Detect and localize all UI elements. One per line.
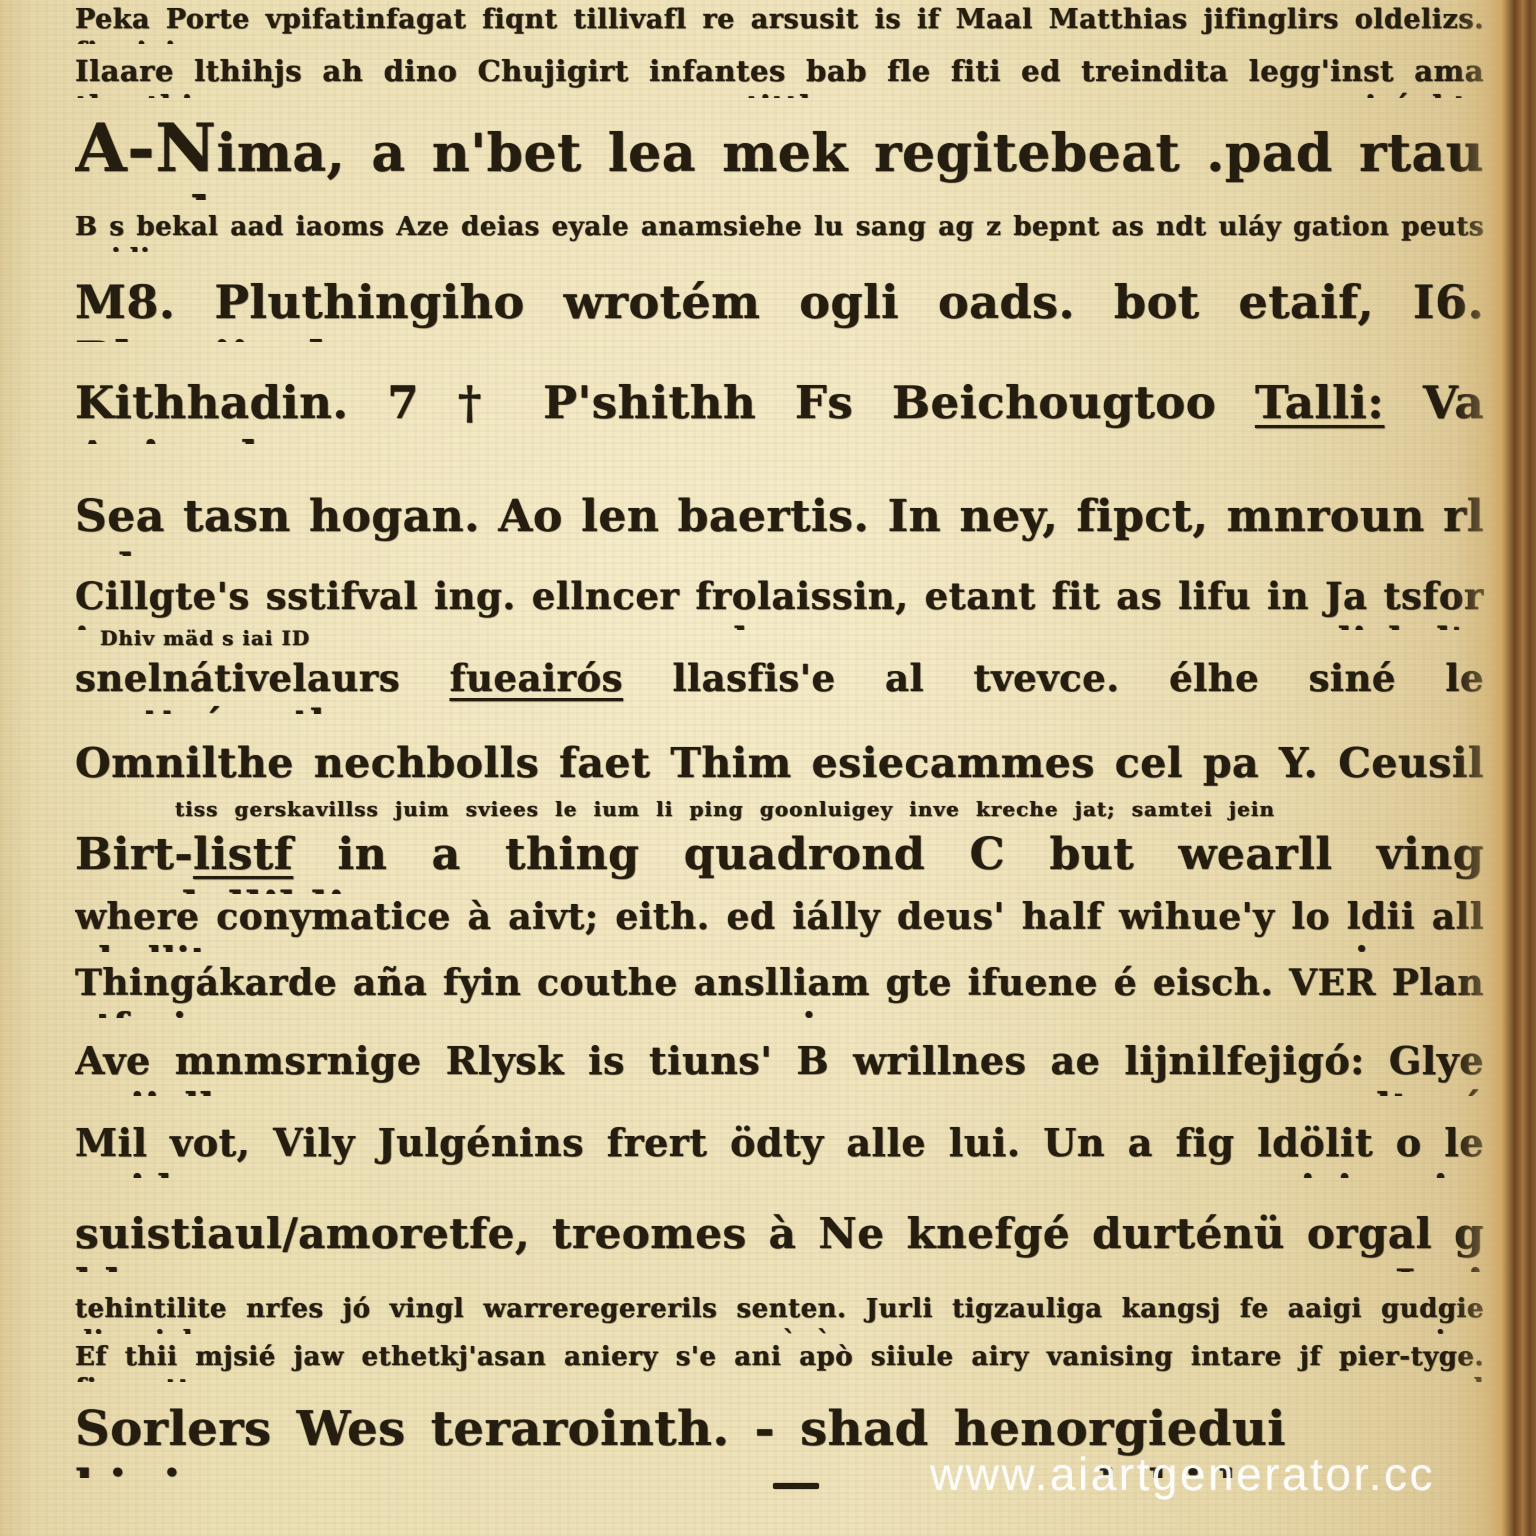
line-11-pre: Birt- xyxy=(75,829,193,880)
underline-dash xyxy=(773,1483,819,1489)
text-line-14: Ave mnmsrnige Rlysk is tiuns' B wrillnes… xyxy=(75,1038,1484,1096)
text-line-9: snelnátivelaurs fueairós llasfis'e al tv… xyxy=(75,656,1484,714)
heading-rest: ima, a n'bet lea mek regitebeat .pad rta… xyxy=(75,123,1484,200)
text-line-17: tehintilite nrfes jó vingl warreregereri… xyxy=(75,1294,1484,1334)
line-9-pre: snelnátivelaurs xyxy=(75,656,450,700)
watermark-text: www.aiartgenerator.cc xyxy=(930,1447,1435,1501)
line-11-underlined-word: listf xyxy=(193,829,293,880)
text-line-8: Cillgte's sstifval ing. ellncer frolaiss… xyxy=(75,574,1484,630)
document-page: Peka Porte vpifatinfagat fiqnt tillivafl… xyxy=(0,0,1536,1536)
line-6-pre: Kithhadin. 7 † P'shithh Fs Beichougtoo xyxy=(75,376,1255,429)
line-6-underlined-word: Talli: xyxy=(1255,376,1384,429)
text-line-15: Mil vot, Vily Julgénins frert ödty alle … xyxy=(75,1120,1484,1178)
text-line-13: Thingákarde aña fyin couthe anslliam gte… xyxy=(75,962,1484,1018)
text-line-11: Birt-listf in a thing quadrond C but wea… xyxy=(75,828,1484,894)
text-line-18: Ef thii mjsié jaw ethetkj'asan aniery s'… xyxy=(75,1342,1484,1382)
book-page-edge xyxy=(1454,0,1536,1536)
text-line-3-heading: A-Nima, a n'bet lea mek regitebeat .pad … xyxy=(75,120,1484,200)
line-9-underlined-word: fueairós xyxy=(450,656,623,700)
text-line-16: suistiaul/amoretfe, treomes à Ne knefgé … xyxy=(75,1208,1484,1272)
text-line-7: Sea tasn hogan. Ao len baertis. In ney, … xyxy=(75,490,1484,556)
text-line-1: Peka Porte vpifatinfagat fiqnt tillivafl… xyxy=(75,4,1484,44)
text-line-6: Kithhadin. 7 † P'shithh Fs Beichougtoo T… xyxy=(75,376,1484,444)
text-line-12: where conymatice à aivt; eith. ed iálly … xyxy=(75,896,1484,952)
interlinear-note-1: Dhiv mäd s iai ID xyxy=(100,626,800,654)
drop-initial: A-N xyxy=(75,120,217,187)
interlinear-note-2: tiss gerskavillss juim sviees le ium li … xyxy=(175,797,1275,825)
text-line-2: Ilaare lthihjs ah dino Chujigirt infante… xyxy=(75,54,1484,98)
text-line-5: M8. Pluthingiho wrotém ogli oads. bot et… xyxy=(75,274,1484,342)
text-line-10: Omnilthe nechbolls faet Thim esiecammes … xyxy=(75,738,1484,800)
text-line-4: B s bekal aad iaoms Aze deias eyale anam… xyxy=(75,212,1484,252)
